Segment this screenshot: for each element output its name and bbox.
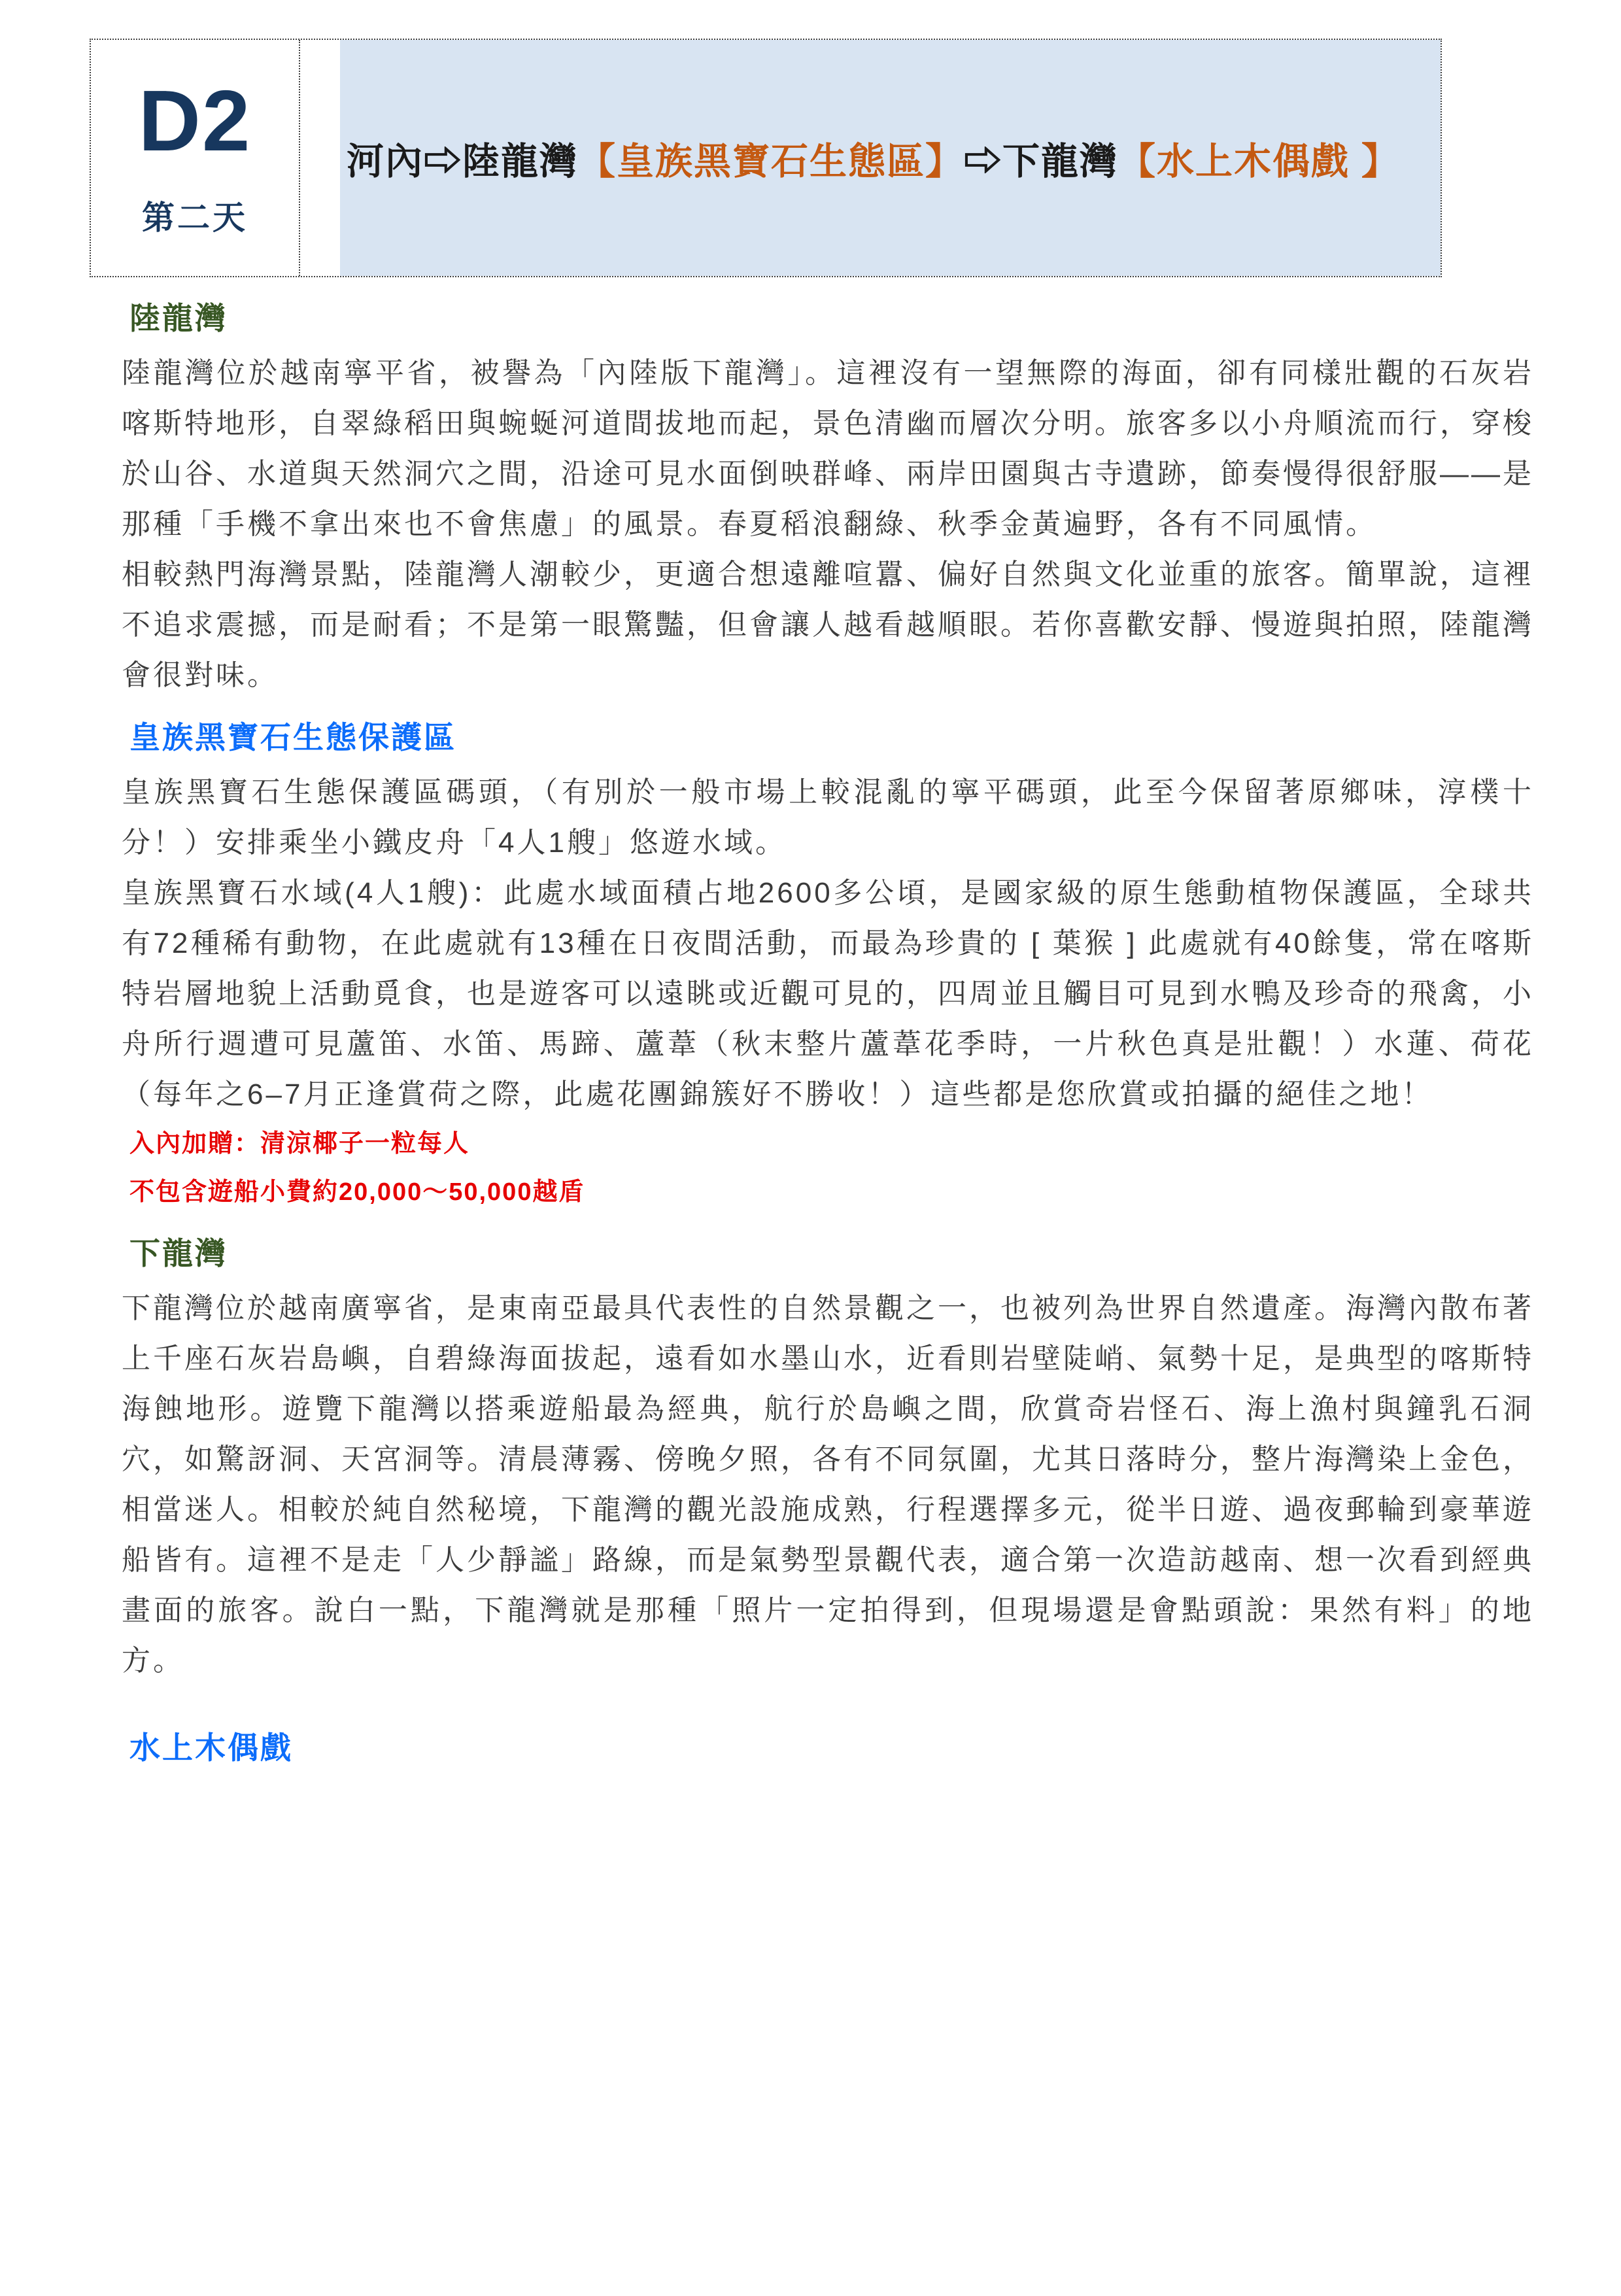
note-red: 不包含遊船小費約20,000～50,000越盾: [129, 1168, 1534, 1216]
day-label: 第二天: [142, 192, 248, 239]
section-heading-water-puppet-show: 水上木偶戲: [129, 1728, 1534, 1768]
route-segment: ⇨下龍灣: [964, 141, 1118, 182]
section-heading-luc-long-bay: 陸龍灣: [129, 298, 1534, 339]
route-segment: 【皇族黑寶石生態區】: [578, 141, 964, 182]
note-red: 入內加贈：清涼椰子一粒每人: [129, 1120, 1534, 1168]
route-title: 河內⇨陸龍灣【皇族黑寶石生態區】⇨下龍灣【水上木偶戲 】: [347, 131, 1400, 185]
paragraph: 皇族黑寶石水域(4人1艘)：此處水域面積占地2600多公頃，是國家級的原生態動植…: [122, 868, 1534, 1120]
section-heading-royal-black-gem-reserve: 皇族黑寶石生態保護區: [129, 717, 1534, 758]
section-heading-ha-long-bay: 下龍灣: [129, 1233, 1534, 1274]
route-title-banner: 河內⇨陸龍灣【皇族黑寶石生態區】⇨下龍灣【水上木偶戲 】: [340, 40, 1441, 276]
day-header-box: D2 第二天 河內⇨陸龍灣【皇族黑寶石生態區】⇨下龍灣【水上木偶戲 】: [90, 39, 1442, 277]
route-segment: 河內⇨陸龍灣: [347, 141, 578, 182]
paragraph: 相較熱門海灣景點，陸龍灣人潮較少，更適合想遠離喧囂、偏好自然與文化並重的旅客。簡…: [122, 549, 1534, 700]
route-segment: 【水上木偶戲 】: [1118, 141, 1400, 182]
day-code: D2: [139, 78, 252, 164]
route-cell: 河內⇨陸龍灣【皇族黑寶石生態區】⇨下龍灣【水上木偶戲 】: [300, 40, 1441, 276]
paragraph: 陸龍灣位於越南寧平省，被譽為「內陸版下龍灣」。這裡沒有一望無際的海面，卻有同樣壯…: [122, 348, 1534, 549]
paragraph: 皇族黑寶石生態保護區碼頭，（有別於一般市場上較混亂的寧平碼頭，此至今保留著原鄉味…: [122, 767, 1534, 868]
itinerary-page: D2 第二天 河內⇨陸龍灣【皇族黑寶石生態區】⇨下龍灣【水上木偶戲 】 陸龍灣陸…: [0, 0, 1621, 2296]
paragraph: 下龍灣位於越南廣寧省，是東南亞最具代表性的自然景觀之一，也被列為世界自然遺產。海…: [122, 1283, 1534, 1686]
sections: 陸龍灣陸龍灣位於越南寧平省，被譽為「內陸版下龍灣」。這裡沒有一望無際的海面，卻有…: [122, 281, 1534, 1777]
day-cell: D2 第二天: [91, 40, 300, 276]
